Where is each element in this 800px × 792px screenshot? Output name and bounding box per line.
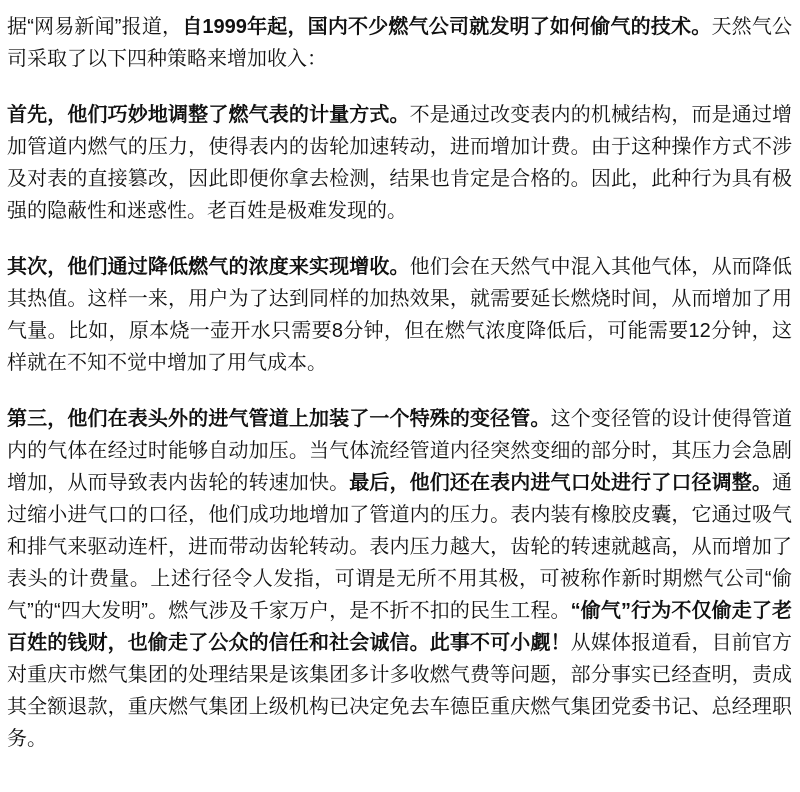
paragraph-third-fourth-strategy: 第三，他们在表头外的进气管道上加装了一个特殊的变径管。这个变径管的设计使得管道内… [7, 403, 792, 755]
text-run-bold: 自1999年起，国内不少燃气公司就发明了如何偷气的技术。 [182, 16, 711, 38]
text-run-bold: 第三，他们在表头外的进气管道上加装了一个特殊的变径管。 [7, 408, 551, 430]
text-run-bold: 其次，他们通过降低燃气的浓度来实现增收。 [7, 256, 410, 278]
article-body: 据“网易新闻”报道，自1999年起，国内不少燃气公司就发明了如何偷气的技术。天然… [0, 0, 800, 755]
paragraph-first-strategy: 首先，他们巧妙地调整了燃气表的计量方式。不是通过改变表内的机械结构，而是通过增加… [7, 99, 792, 227]
text-run-bold: 首先，他们巧妙地调整了燃气表的计量方式。 [7, 104, 410, 126]
paragraph-second-strategy: 其次，他们通过降低燃气的浓度来实现增收。他们会在天然气中混入其他气体，从而降低其… [7, 251, 792, 379]
paragraph-intro: 据“网易新闻”报道，自1999年起，国内不少燃气公司就发明了如何偷气的技术。天然… [7, 11, 792, 75]
text-run: 据“网易新闻”报道， [7, 16, 182, 38]
text-run-bold: 最后，他们还在表内进气口处进行了口径调整。 [349, 472, 772, 494]
